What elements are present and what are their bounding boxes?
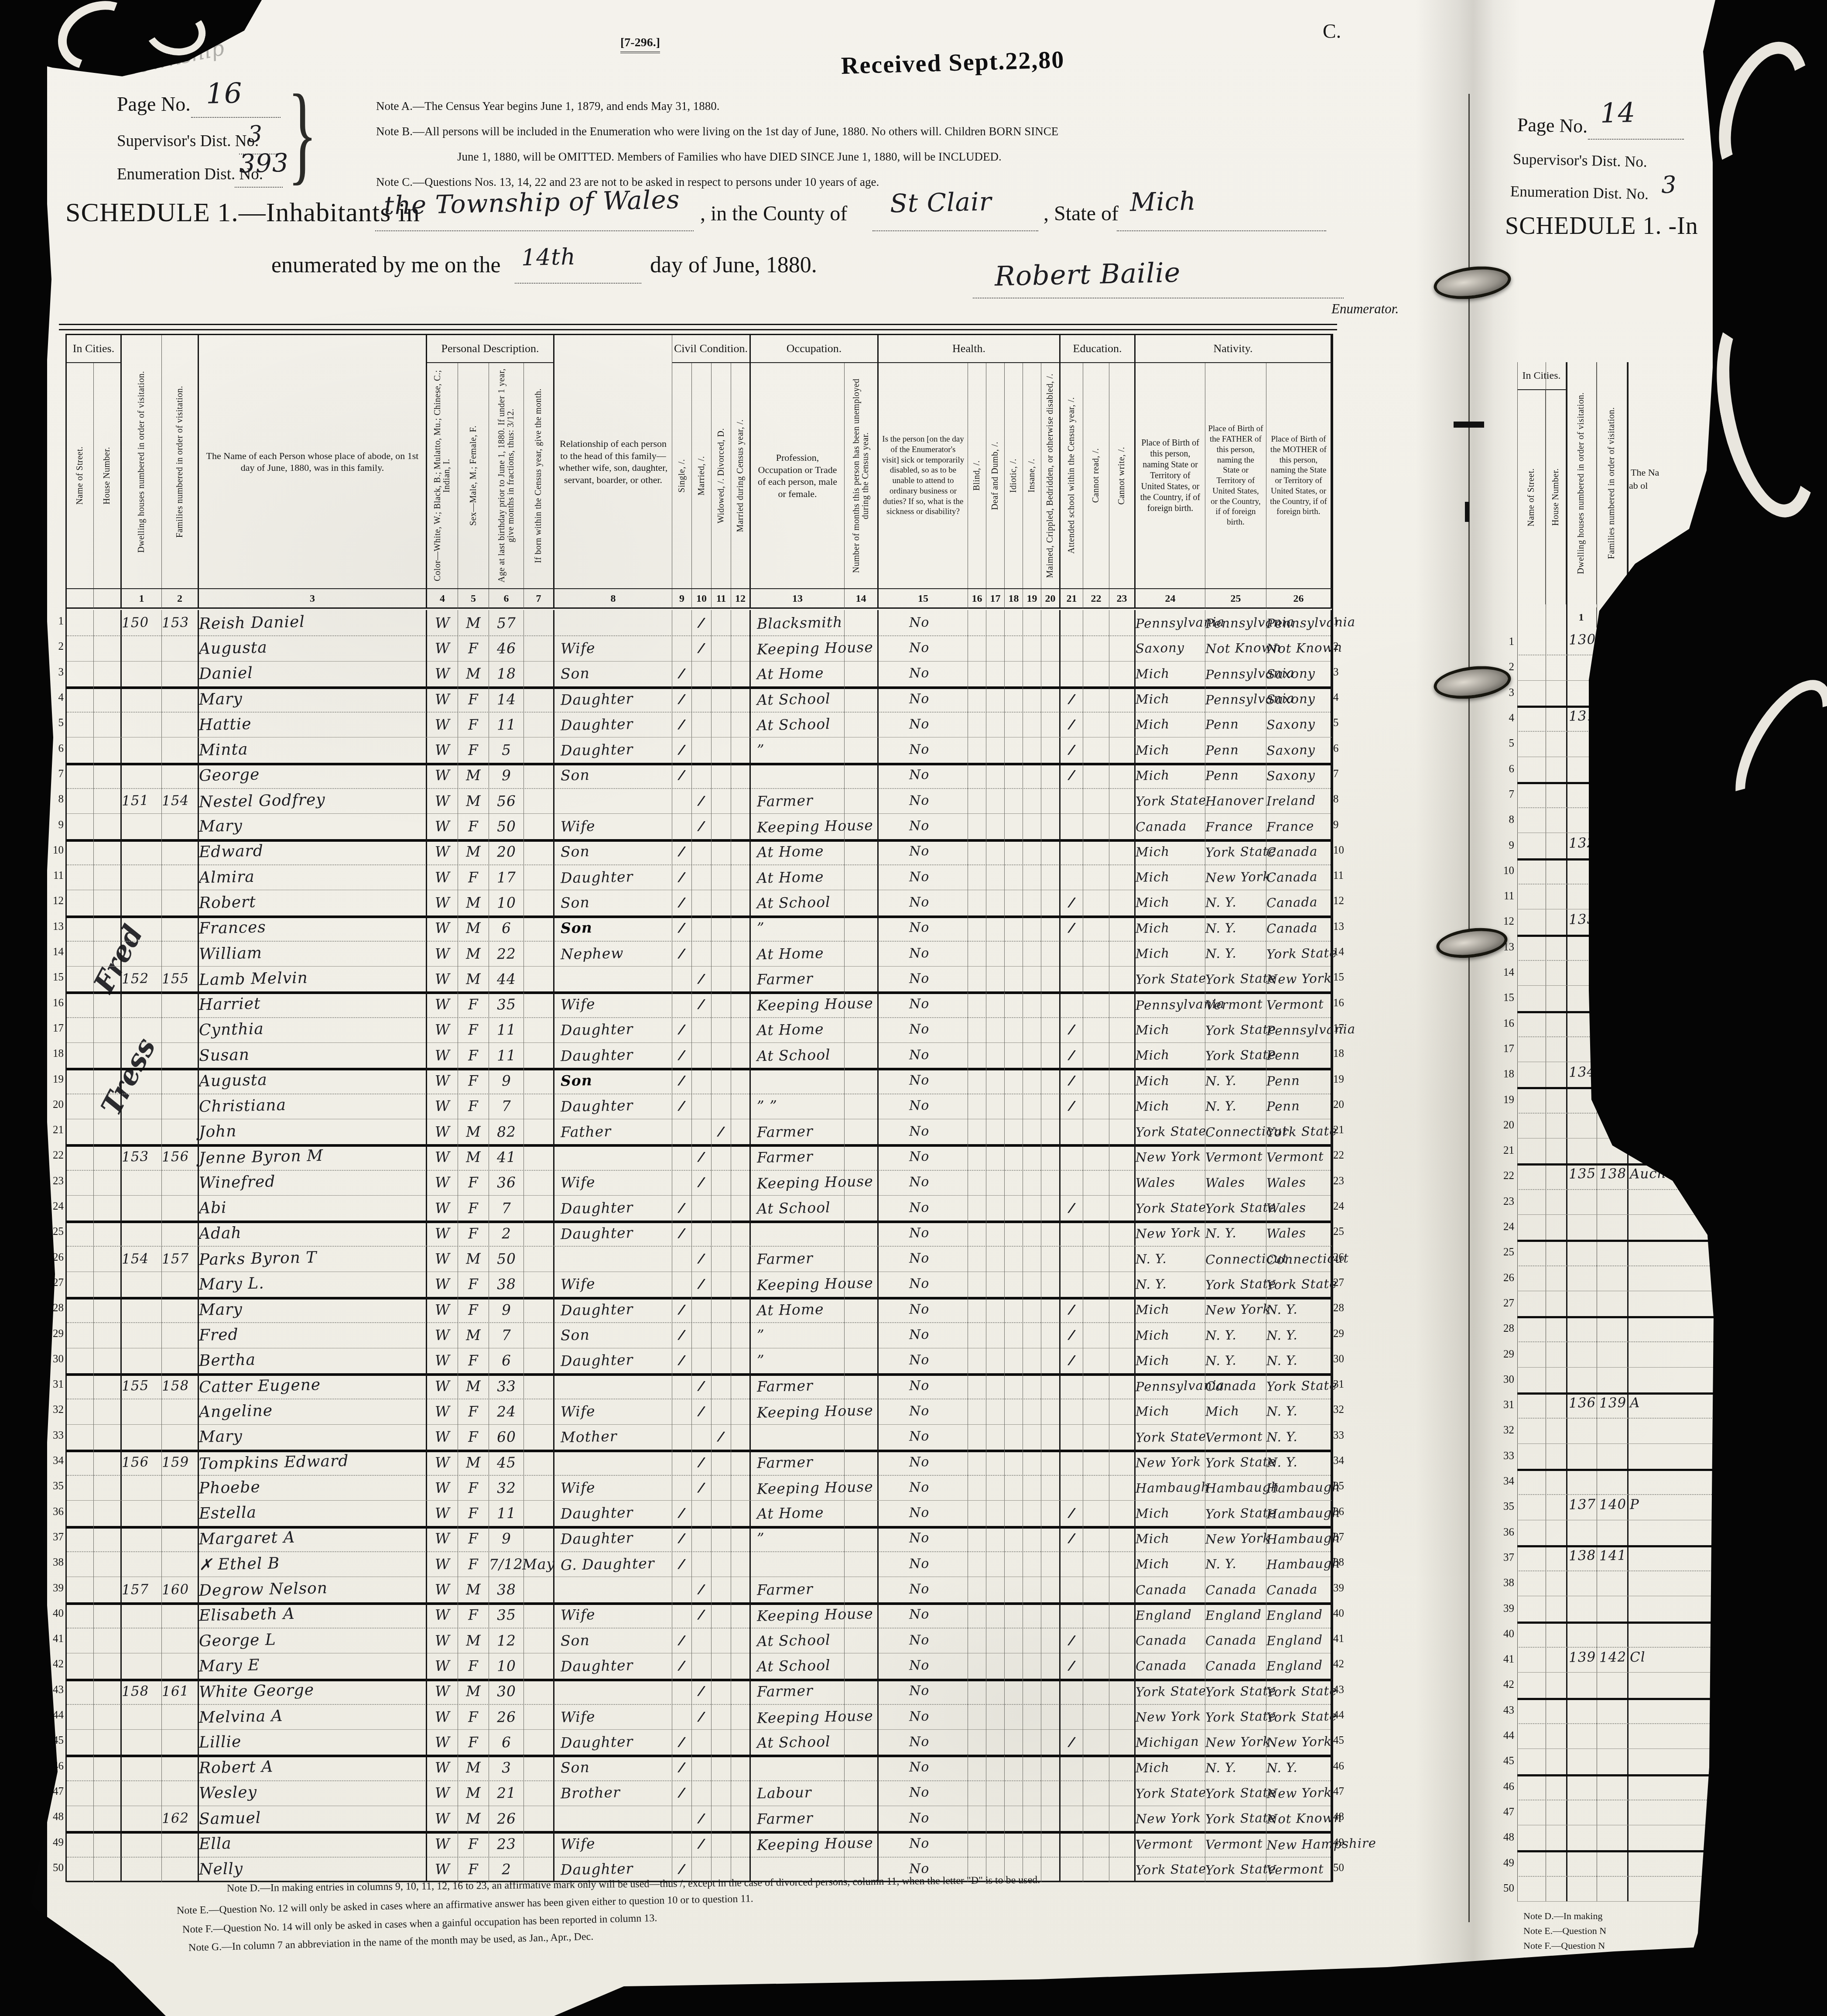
cell-name: Nelly — [199, 1857, 427, 1882]
cell-blind — [968, 966, 986, 991]
cell-street — [67, 737, 94, 763]
col-number-cannot_write: 23 — [1109, 589, 1136, 608]
cell-month — [524, 1144, 554, 1169]
table-row: Elisabeth AWF35Wife/Keeping HouseNoEngla… — [67, 1602, 1332, 1629]
cell-cannot_write — [1109, 1246, 1136, 1272]
cell-insane — [1023, 1577, 1041, 1602]
cell-occupation — [751, 1551, 845, 1577]
table-row: Margaret AWF9Daughter/”No/MichNew YorkHa… — [67, 1526, 1332, 1552]
rp-note-d: Note D.—In making — [1523, 1910, 1602, 1922]
col-header-sex: Sex—Male, M.; Female, F. — [458, 363, 489, 588]
cell-unemployed — [845, 941, 879, 966]
cell-occupation: Keeping House — [751, 1399, 845, 1424]
cell-insane — [1023, 941, 1041, 966]
cell-married_year — [731, 788, 751, 813]
cell-deaf — [986, 1373, 1005, 1399]
cell-idiotic — [1005, 1017, 1023, 1042]
row-number-left: 37 — [48, 1525, 64, 1550]
cell-occupation: At Home — [751, 661, 845, 686]
rp-grid-vline — [1517, 362, 1518, 1901]
cell-relation: Wife — [554, 1272, 672, 1297]
cell-insane — [1023, 1119, 1041, 1144]
cell-mother: Not Known — [1266, 635, 1332, 661]
row-number-left: 1 — [48, 609, 64, 634]
cell-insane — [1023, 1551, 1041, 1577]
cell-cannot_write — [1109, 1653, 1136, 1678]
cell-single: / — [672, 1348, 692, 1373]
cell-insane — [1023, 737, 1041, 763]
cell-street — [67, 941, 94, 966]
cell-house — [94, 1119, 122, 1144]
row-number-right: 14 — [1333, 939, 1349, 965]
row-number-left: 21 — [48, 1118, 64, 1143]
cell-cannot_write — [1109, 712, 1136, 737]
cell-single — [672, 1399, 692, 1424]
col-header-month: If born within the Census year, give the… — [524, 363, 554, 588]
table-row: WinefredWF36Wife/Keeping HouseNoWalesWal… — [67, 1170, 1332, 1196]
col-number-married_year: 12 — [731, 589, 751, 608]
rp-row-separator — [1517, 1265, 1722, 1267]
cell-blind — [968, 992, 986, 1017]
cell-sickness: No — [879, 610, 968, 635]
cell-street — [67, 1577, 94, 1602]
cell-cannot_write — [1109, 992, 1136, 1017]
cell-insane — [1023, 661, 1041, 686]
cell-deaf — [986, 1119, 1005, 1144]
cell-single: / — [672, 1551, 692, 1577]
cell-house — [94, 1450, 122, 1475]
cell-cannot_read — [1083, 1195, 1109, 1221]
cell-relation: Wife — [554, 1475, 672, 1500]
row-number-right: 20 — [1333, 1092, 1349, 1118]
cell-name: Nestel Godfrey — [199, 788, 427, 813]
cell-maimed — [1041, 1857, 1061, 1882]
cell-insane — [1023, 864, 1041, 890]
cell-family — [162, 1170, 199, 1195]
cell-mother: Canada — [1266, 864, 1332, 890]
cell-cannot_read — [1083, 813, 1109, 839]
cell-name: Samuel — [199, 1806, 427, 1831]
cell-house — [94, 1729, 122, 1755]
cell-sickness: No — [879, 1246, 968, 1272]
cell-cannot_write — [1109, 635, 1136, 661]
rp-entry-dwelling: 135 — [1569, 1166, 1596, 1182]
cell-father: York State — [1205, 1501, 1266, 1526]
cell-cannot_read — [1083, 1170, 1109, 1195]
cell-mother: Wales — [1266, 1170, 1332, 1195]
cell-occupation: Farmer — [751, 1577, 845, 1602]
cell-single: / — [672, 1729, 692, 1755]
cell-house — [94, 1094, 122, 1119]
cell-mother: Connecticut — [1266, 1246, 1332, 1272]
cell-mother: New Hampshire — [1266, 1831, 1332, 1856]
cell-widowed — [712, 1806, 731, 1831]
cell-sickness: No — [879, 763, 968, 788]
cell-mother: Hambaugh — [1266, 1501, 1332, 1526]
rp-row-number: 22 — [1499, 1163, 1514, 1189]
cell-maimed — [1041, 1653, 1061, 1678]
cell-cannot_write — [1109, 1806, 1136, 1831]
cell-married_year — [731, 1246, 751, 1272]
cell-married — [692, 1653, 712, 1678]
cell-cannot_read — [1083, 1551, 1109, 1577]
cell-married_year — [731, 813, 751, 839]
cell-cannot_write — [1109, 1119, 1136, 1144]
cell-family — [162, 1094, 199, 1119]
cell-month — [524, 1501, 554, 1526]
cell-color: W — [427, 1042, 458, 1068]
cell-age: 56 — [489, 788, 524, 813]
cell-widowed — [712, 1755, 731, 1780]
cell-unemployed — [845, 813, 879, 839]
cell-school — [1061, 635, 1083, 661]
cell-name: Robert A — [199, 1755, 427, 1780]
cell-dwelling — [122, 1119, 162, 1144]
cell-dwelling: 152 — [122, 966, 162, 991]
cell-color: W — [427, 1348, 458, 1373]
cell-maimed — [1041, 1195, 1061, 1221]
cell-widowed — [712, 1526, 731, 1551]
cell-blind — [968, 1704, 986, 1729]
cell-blind — [968, 941, 986, 966]
row-number-right: 32 — [1333, 1397, 1349, 1423]
cell-school — [1061, 992, 1083, 1017]
cell-insane — [1023, 890, 1041, 915]
cell-married: / — [692, 1602, 712, 1628]
cell-birth: Pennsylvania — [1136, 610, 1205, 635]
cell-deaf — [986, 1170, 1005, 1195]
cell-occupation — [751, 1068, 845, 1093]
cell-occupation: Labour — [751, 1780, 845, 1806]
cell-street — [67, 1704, 94, 1729]
cell-married — [692, 1195, 712, 1221]
cell-cannot_read — [1083, 1475, 1109, 1500]
cell-unemployed — [845, 610, 879, 635]
cell-deaf — [986, 1272, 1005, 1297]
cell-street — [67, 1246, 94, 1272]
table-row: 156159Tompkins EdwardWM45/FarmerNoNew Yo… — [67, 1450, 1332, 1476]
cell-sex: M — [458, 1373, 489, 1399]
cell-unemployed — [845, 1221, 879, 1246]
col-number-street — [67, 589, 94, 608]
cell-deaf — [986, 1653, 1005, 1678]
cell-cannot_read — [1083, 1068, 1109, 1093]
cell-sickness: No — [879, 1094, 968, 1119]
note-a: Note A.—The Census Year begins June 1, 1… — [376, 99, 719, 113]
cell-street — [67, 992, 94, 1017]
cell-insane — [1023, 1526, 1041, 1551]
signature-rule — [973, 298, 1344, 298]
cell-married_year — [731, 610, 751, 635]
cell-deaf — [986, 1246, 1005, 1272]
row-number-right: 23 — [1333, 1169, 1349, 1194]
cell-widowed — [712, 1272, 731, 1297]
cell-street — [67, 813, 94, 839]
col-number-name: 3 — [199, 589, 427, 608]
cell-birth: Mich — [1136, 737, 1205, 763]
cell-age: 9 — [489, 763, 524, 788]
cell-mother: N. Y. — [1266, 1297, 1332, 1322]
cell-sex: M — [458, 1450, 489, 1475]
cell-school — [1061, 1246, 1083, 1272]
rp-row-separator — [1517, 1367, 1722, 1368]
cell-father: Canada — [1205, 1373, 1266, 1399]
cell-married — [692, 1501, 712, 1526]
cell-deaf — [986, 890, 1005, 915]
cell-widowed — [712, 1679, 731, 1704]
cell-married — [692, 864, 712, 890]
cell-street — [67, 839, 94, 864]
rp-row-separator — [1517, 1494, 1722, 1495]
cell-widowed — [712, 1704, 731, 1729]
table-row: FredWM7Son/”No/MichN. Y.N. Y. — [67, 1322, 1332, 1348]
cell-house — [94, 1679, 122, 1704]
cell-single — [672, 1246, 692, 1272]
rp-row-number: 21 — [1499, 1138, 1514, 1163]
cell-house — [94, 1577, 122, 1602]
cell-name: Catter Eugene — [199, 1373, 427, 1399]
cell-cannot_write — [1109, 1679, 1136, 1704]
cell-idiotic — [1005, 712, 1023, 737]
cell-dwelling — [122, 1399, 162, 1424]
rp-col-header-street: Name of Street. — [1517, 390, 1546, 604]
cell-school — [1061, 1272, 1083, 1297]
row-number-right: 35 — [1333, 1474, 1349, 1499]
col-number-deaf: 17 — [986, 589, 1005, 608]
cell-occupation: ” — [751, 915, 845, 941]
cell-widowed — [712, 915, 731, 941]
cell-relation: Daughter — [554, 1042, 672, 1068]
cell-school: / — [1061, 1297, 1083, 1322]
cell-age: 6 — [489, 1729, 524, 1755]
rp-row-separator — [1517, 1647, 1722, 1648]
cell-widowed — [712, 941, 731, 966]
cell-month — [524, 1653, 554, 1678]
table-row: DanielWM18Son/At HomeNoMichPennsylvaniaS… — [67, 661, 1332, 689]
cell-age: 82 — [489, 1119, 524, 1144]
cell-occupation: ” — [751, 1526, 845, 1551]
cell-father: Wales — [1205, 1170, 1266, 1195]
col-number-single: 9 — [672, 589, 692, 608]
cell-school — [1061, 1475, 1083, 1500]
cell-occupation: Keeping House — [751, 1831, 845, 1856]
cell-relation — [554, 1450, 672, 1475]
cell-single: / — [672, 1501, 692, 1526]
cell-father: Penn — [1205, 712, 1266, 737]
cell-school: / — [1061, 1526, 1083, 1551]
cell-idiotic — [1005, 1373, 1023, 1399]
cell-cannot_read — [1083, 839, 1109, 864]
cell-mother: Ireland — [1266, 788, 1332, 813]
cell-mother: N. Y. — [1266, 1450, 1332, 1475]
table-row: Robert AWM3Son/NoMichN. Y.N. Y. — [67, 1755, 1332, 1781]
cell-age: 9 — [489, 1068, 524, 1093]
cell-blind — [968, 1144, 986, 1169]
cell-family — [162, 1399, 199, 1424]
cell-house — [94, 1551, 122, 1577]
table-top-rule — [59, 324, 1337, 330]
cell-cannot_read — [1083, 1806, 1109, 1831]
cell-sex: M — [458, 1577, 489, 1602]
cell-mother: York State — [1266, 1373, 1332, 1399]
cell-cannot_read — [1083, 686, 1109, 712]
row-number-left: 15 — [48, 965, 64, 990]
cell-age: 44 — [489, 966, 524, 991]
cell-single — [672, 635, 692, 661]
cell-relation: Son — [554, 1322, 672, 1347]
rp-entry-family: 140 — [1599, 1497, 1627, 1513]
col-number-widowed: 11 — [712, 589, 731, 608]
cell-married_year — [731, 1017, 751, 1042]
cell-family: 155 — [162, 966, 199, 991]
cell-color: W — [427, 1653, 458, 1678]
cell-month — [524, 1704, 554, 1729]
cell-insane — [1023, 1602, 1041, 1628]
cell-occupation: Keeping House — [751, 1475, 845, 1500]
cell-married: / — [692, 1272, 712, 1297]
cell-family — [162, 941, 199, 966]
cell-cannot_read — [1083, 737, 1109, 763]
col-number-insane: 19 — [1023, 589, 1041, 608]
enumeration-value: 393 — [239, 148, 289, 178]
cell-color: W — [427, 1755, 458, 1780]
cell-idiotic — [1005, 1628, 1023, 1653]
cell-house — [94, 788, 122, 813]
cell-widowed — [712, 737, 731, 763]
cell-idiotic — [1005, 686, 1023, 712]
col-number-age: 6 — [489, 589, 524, 608]
cell-maimed — [1041, 635, 1061, 661]
cell-married_year — [731, 1399, 751, 1424]
table-row: 157160Degrow NelsonWM38/FarmerNoCanadaCa… — [67, 1577, 1332, 1605]
cell-blind — [968, 813, 986, 839]
cell-relation: Daughter — [554, 1297, 672, 1322]
cell-married_year — [731, 1170, 751, 1195]
cell-widowed — [712, 610, 731, 635]
cell-married: / — [692, 966, 712, 991]
cell-sex: F — [458, 864, 489, 890]
cell-dwelling — [122, 1602, 162, 1628]
cell-widowed — [712, 686, 731, 712]
cell-widowed — [712, 1831, 731, 1856]
rp-row-number: 29 — [1499, 1341, 1514, 1367]
rp-col-header-family: Families numbered in order of visitation… — [1597, 362, 1627, 604]
cell-dwelling — [122, 686, 162, 712]
cell-insane — [1023, 1755, 1041, 1780]
cell-father: York State — [1205, 966, 1266, 991]
cell-school — [1061, 1170, 1083, 1195]
cell-age: 3 — [489, 1755, 524, 1780]
page-no-rule — [191, 117, 281, 118]
rp-row-number: 47 — [1499, 1800, 1514, 1825]
cell-relation: Wife — [554, 1831, 672, 1856]
table-row: SusanWF11Daughter/At SchoolNo/MichYork S… — [67, 1042, 1332, 1070]
cell-cannot_read — [1083, 941, 1109, 966]
cell-birth: Canada — [1136, 1628, 1205, 1653]
cell-blind — [968, 1628, 986, 1653]
cell-insane — [1023, 1679, 1041, 1704]
cell-dwelling — [122, 1017, 162, 1042]
cell-dwelling — [122, 712, 162, 737]
cell-street — [67, 1780, 94, 1806]
cell-sickness: No — [879, 839, 968, 864]
cell-age: 9 — [489, 1297, 524, 1322]
row-number-left: 49 — [48, 1830, 64, 1855]
cell-street — [67, 661, 94, 686]
cell-age: 23 — [489, 1831, 524, 1856]
cell-unemployed — [845, 686, 879, 712]
cell-unemployed — [845, 1144, 879, 1169]
binding-cord — [1468, 94, 1470, 1922]
rp-grid-vline — [1597, 362, 1597, 1901]
cell-month — [524, 1322, 554, 1347]
cell-blind — [968, 1780, 986, 1806]
cell-birth: New York — [1136, 1450, 1205, 1475]
col-header-single: Single, /. — [672, 363, 692, 588]
cell-single — [672, 1806, 692, 1831]
cell-relation — [554, 788, 672, 813]
cell-mother: Vermont — [1266, 1144, 1332, 1169]
cell-sickness: No — [879, 813, 968, 839]
cell-maimed — [1041, 788, 1061, 813]
cell-mother: England — [1266, 1628, 1332, 1653]
rp-name-header-fragment-2: ab ol — [1629, 480, 1648, 491]
cell-birth: Mich — [1136, 661, 1205, 686]
cell-cannot_write — [1109, 890, 1136, 915]
cell-widowed — [712, 1246, 731, 1272]
cell-widowed — [712, 1348, 731, 1373]
cell-dwelling — [122, 1526, 162, 1551]
cell-dwelling — [122, 915, 162, 941]
col-header-deaf: Deaf and Dumb, /. — [986, 363, 1005, 588]
cell-single: / — [672, 661, 692, 686]
cell-mother: Hambaugh — [1266, 1475, 1332, 1500]
cell-dwelling — [122, 1551, 162, 1577]
row-number-left: 18 — [48, 1041, 64, 1066]
rp-row-number: 42 — [1499, 1672, 1514, 1697]
rp-col-header-dwelling: Dwelling houses numbered in order of vis… — [1566, 362, 1597, 604]
cell-dwelling — [122, 1780, 162, 1806]
cell-sex: M — [458, 1246, 489, 1272]
cell-father: N. Y. — [1205, 1755, 1266, 1780]
cell-father: Vermont — [1205, 1424, 1266, 1450]
cell-color: W — [427, 813, 458, 839]
cell-relation — [554, 1806, 672, 1831]
col-number-blind: 16 — [968, 589, 986, 608]
cell-widowed — [712, 788, 731, 813]
cell-insane — [1023, 839, 1041, 864]
cell-sickness: No — [879, 1170, 968, 1195]
cell-single: / — [672, 1755, 692, 1780]
cell-birth: Mich — [1136, 864, 1205, 890]
rp-note-f: Note F.—Question N — [1523, 1940, 1605, 1951]
cell-maimed — [1041, 737, 1061, 763]
row-number-left: 12 — [48, 888, 64, 914]
cell-school — [1061, 610, 1083, 635]
cell-relation — [554, 1577, 672, 1602]
cell-single — [672, 1577, 692, 1602]
cell-married_year — [731, 661, 751, 686]
row-number-right: 21 — [1333, 1118, 1349, 1143]
rp-entry-dwelling: 138 — [1569, 1547, 1596, 1563]
cell-cannot_write — [1109, 661, 1136, 686]
row-number-right: 37 — [1333, 1525, 1349, 1550]
cell-idiotic — [1005, 1526, 1023, 1551]
cell-school: / — [1061, 686, 1083, 712]
cell-school — [1061, 1450, 1083, 1475]
cell-family: 156 — [162, 1144, 199, 1169]
cell-school: / — [1061, 915, 1083, 941]
